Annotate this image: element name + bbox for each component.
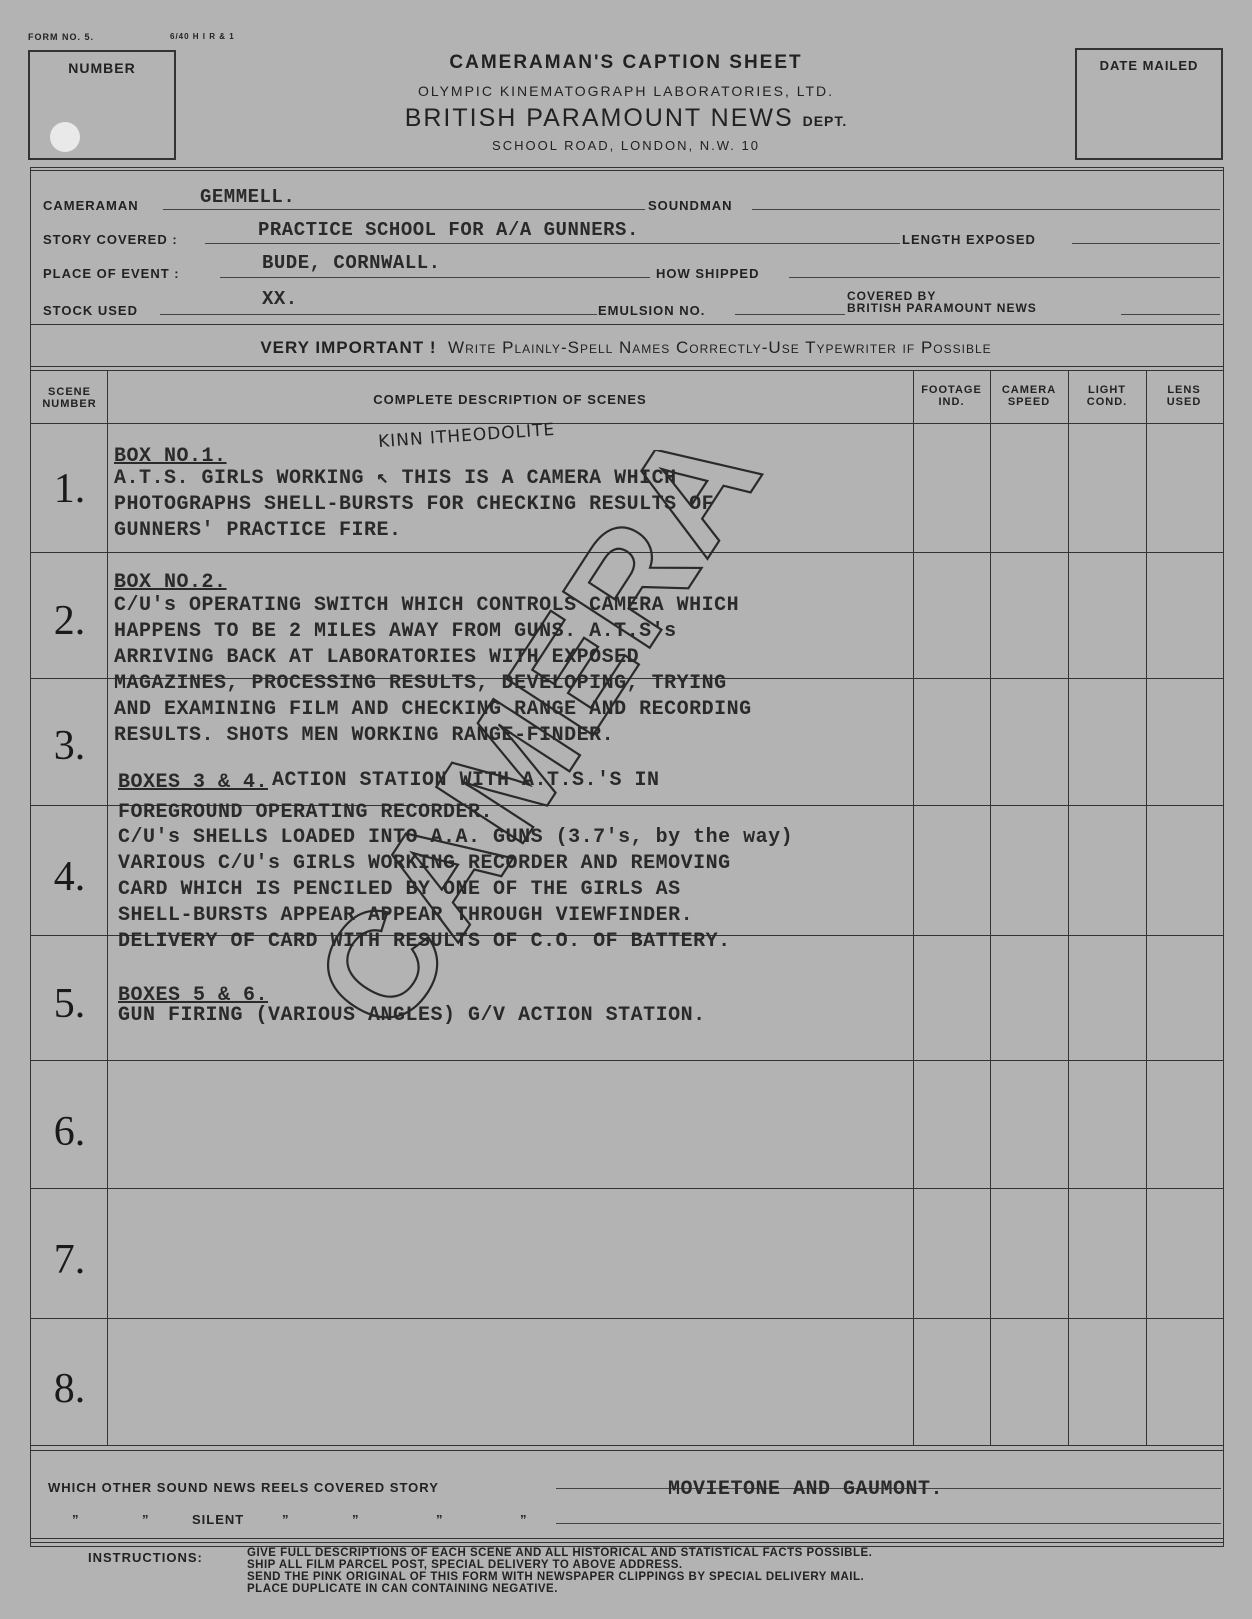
header-text: LIGHT bbox=[1068, 384, 1146, 396]
column-divider bbox=[1068, 370, 1069, 1445]
how-shipped-field[interactable] bbox=[789, 277, 1220, 278]
sheet-title: CAMERAMAN'S CAPTION SHEET bbox=[0, 52, 1252, 74]
camera-stamp: CAMERA bbox=[285, 450, 1005, 1100]
important-lead: VERY IMPORTANT ! bbox=[260, 338, 436, 357]
ditto-mark: ” bbox=[282, 1512, 290, 1527]
header-text: SPEED bbox=[990, 396, 1068, 408]
header-text: FOOTAGE bbox=[913, 384, 990, 396]
length-exposed-label: LENGTH EXPOSED bbox=[902, 232, 1036, 247]
ditto-mark: ” bbox=[436, 1512, 444, 1527]
row-divider bbox=[30, 1318, 1224, 1319]
divider bbox=[30, 370, 1224, 371]
stamp-text: CAMERA bbox=[285, 450, 793, 1057]
cameraman-field[interactable]: GEMMELL. bbox=[200, 186, 295, 208]
covered-by-label: COVERED BY BRITISH PARAMOUNT NEWS bbox=[847, 290, 1037, 314]
header-footage: FOOTAGE IND. bbox=[913, 384, 990, 408]
divider bbox=[30, 1542, 1224, 1543]
header-description: COMPLETE DESCRIPTION OF SCENES bbox=[107, 392, 913, 407]
length-exposed-field[interactable] bbox=[1072, 243, 1220, 244]
divider bbox=[30, 1538, 1224, 1539]
place-underline bbox=[220, 277, 650, 278]
header-light-cond: LIGHT COND. bbox=[1068, 384, 1146, 408]
header-text: CAMERA bbox=[990, 384, 1068, 396]
form-number: FORM No. 5. bbox=[28, 32, 94, 42]
instructions-label: INSTRUCTIONS: bbox=[88, 1550, 203, 1565]
instruction-line: SEND THE PINK ORIGINAL OF THIS FORM WITH… bbox=[247, 1571, 864, 1583]
place-of-event-field[interactable]: BUDE, CORNWALL. bbox=[262, 252, 441, 274]
address: SCHOOL ROAD, LONDON, N.W. 10 bbox=[0, 138, 1252, 153]
scene-number: 4. bbox=[32, 853, 107, 901]
emulsion-label: EMULSION NO. bbox=[598, 303, 705, 318]
box-heading: BOXES 3 & 4. bbox=[118, 770, 268, 795]
emulsion-field[interactable] bbox=[735, 314, 845, 315]
cameraman-label: CAMERAMAN bbox=[43, 198, 139, 213]
column-divider bbox=[1146, 370, 1147, 1445]
scene-number: 6. bbox=[32, 1108, 107, 1156]
covered-by-line-2: BRITISH PARAMOUNT NEWS bbox=[847, 302, 1037, 314]
scene-number: 2. bbox=[32, 597, 107, 645]
print-code: 6/40 H I R & 1 bbox=[170, 32, 235, 41]
header-scene-number: SCENE NUMBER bbox=[32, 386, 107, 410]
story-covered-field[interactable]: PRACTICE SCHOOL FOR A/A GUNNERS. bbox=[258, 219, 639, 241]
place-of-event-label: PLACE OF EVENT : bbox=[43, 266, 180, 281]
header-text: SCENE bbox=[32, 386, 107, 398]
header-text: USED bbox=[1146, 396, 1222, 408]
divider bbox=[30, 1450, 1224, 1451]
column-divider bbox=[107, 370, 108, 1445]
important-text: Write Plainly-Spell Names Correctly-Use … bbox=[448, 338, 992, 357]
scene-number: 7. bbox=[32, 1236, 107, 1284]
how-shipped-label: HOW SHIPPED bbox=[656, 266, 759, 281]
soundman-field[interactable] bbox=[752, 209, 1220, 210]
other-reels-label: WHICH OTHER SOUND NEWS REELS COVERED STO… bbox=[48, 1480, 439, 1495]
header-camera-speed: CAMERA SPEED bbox=[990, 384, 1068, 408]
header-text: IND. bbox=[913, 396, 990, 408]
silent-label: SILENT bbox=[192, 1512, 244, 1527]
ditto-mark: ” bbox=[72, 1512, 80, 1527]
box-heading: BOX NO.2. bbox=[114, 570, 227, 595]
instruction-line: GIVE FULL DESCRIPTIONS OF EACH SCENE AND… bbox=[247, 1547, 872, 1559]
instruction-line: SHIP ALL FILM PARCEL POST, SPECIAL DELIV… bbox=[247, 1559, 683, 1571]
scene-number: 1. bbox=[32, 465, 107, 513]
ditto-mark: ” bbox=[520, 1512, 528, 1527]
silent-field[interactable] bbox=[556, 1523, 1221, 1524]
brand-text: BRITISH PARAMOUNT NEWS bbox=[405, 104, 794, 132]
scene-number: 3. bbox=[32, 722, 107, 770]
header-text: COND. bbox=[1068, 396, 1146, 408]
row-divider bbox=[30, 423, 1224, 424]
header-lens-used: LENS USED bbox=[1146, 384, 1222, 408]
row-divider bbox=[30, 1188, 1224, 1189]
divider bbox=[30, 170, 1224, 171]
other-reels-field[interactable]: MOVIETONE AND GAUMONT. bbox=[668, 1478, 943, 1501]
important-notice: VERY IMPORTANT ! Write Plainly-Spell Nam… bbox=[0, 338, 1252, 358]
dept-text: DEPT. bbox=[803, 113, 848, 129]
header-text: NUMBER bbox=[32, 398, 107, 410]
stock-used-label: STOCK USED bbox=[43, 303, 138, 318]
scene-number: 5. bbox=[32, 980, 107, 1028]
story-covered-label: STORY COVERED : bbox=[43, 232, 178, 247]
stock-underline bbox=[160, 314, 597, 315]
header-text: LENS bbox=[1146, 384, 1222, 396]
instruction-line: PLACE DUPLICATE IN CAN CONTAINING NEGATI… bbox=[247, 1583, 558, 1595]
story-underline bbox=[205, 243, 900, 244]
scene-number: 8. bbox=[32, 1365, 107, 1413]
laboratory-name: OLYMPIC KINEMATOGRAPH LABORATORIES, LTD. bbox=[0, 83, 1252, 99]
brand-name: BRITISH PARAMOUNT NEWS DEPT. bbox=[0, 104, 1252, 133]
ditto-mark: ” bbox=[352, 1512, 360, 1527]
divider bbox=[30, 1445, 1224, 1446]
soundman-label: SOUNDMAN bbox=[648, 198, 733, 213]
stock-used-field[interactable]: XX. bbox=[262, 288, 298, 310]
cameraman-underline bbox=[163, 209, 645, 210]
covered-by-field[interactable] bbox=[1121, 314, 1220, 315]
divider bbox=[30, 366, 1224, 367]
ditto-mark: ” bbox=[142, 1512, 150, 1527]
divider bbox=[30, 324, 1224, 325]
